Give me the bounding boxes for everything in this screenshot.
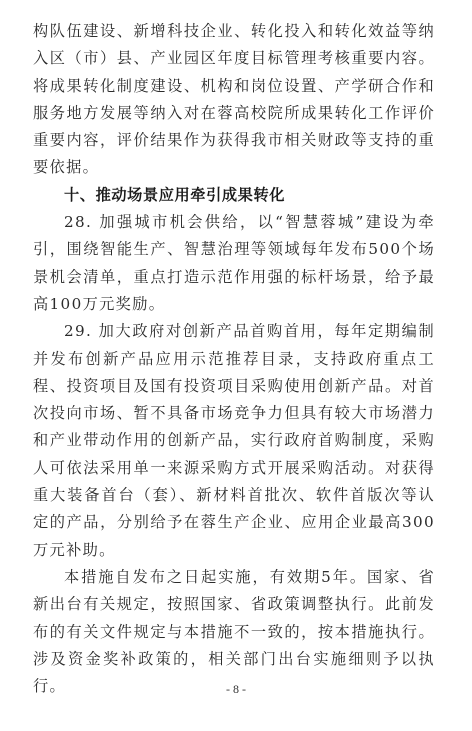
- paragraph-effective-date: 本措施自发布之日起实施，有效期5年。国家、省新出台有关规定，按照国家、省政策调整…: [33, 564, 435, 700]
- paragraph-item-28: 28. 加强城市机会供给，以“智慧蓉城”建设为牵引，围绕智能生产、智慧治理等领域…: [33, 209, 435, 318]
- paragraph-continued: 构队伍建设、新增科技企业、转化投入和转化效益等纳入区（市）县、产业园区年度目标管…: [33, 18, 435, 182]
- page-number: - 8 -: [0, 682, 472, 697]
- paragraph-item-29: 29. 加大政府对创新产品首购首用，每年定期编制并发布创新产品应用示范推荐目录，…: [33, 318, 435, 564]
- section-heading: 十、推动场景应用牵引成果转化: [33, 182, 435, 209]
- document-page: 构队伍建设、新增科技企业、转化投入和转化效益等纳入区（市）县、产业园区年度目标管…: [33, 18, 435, 700]
